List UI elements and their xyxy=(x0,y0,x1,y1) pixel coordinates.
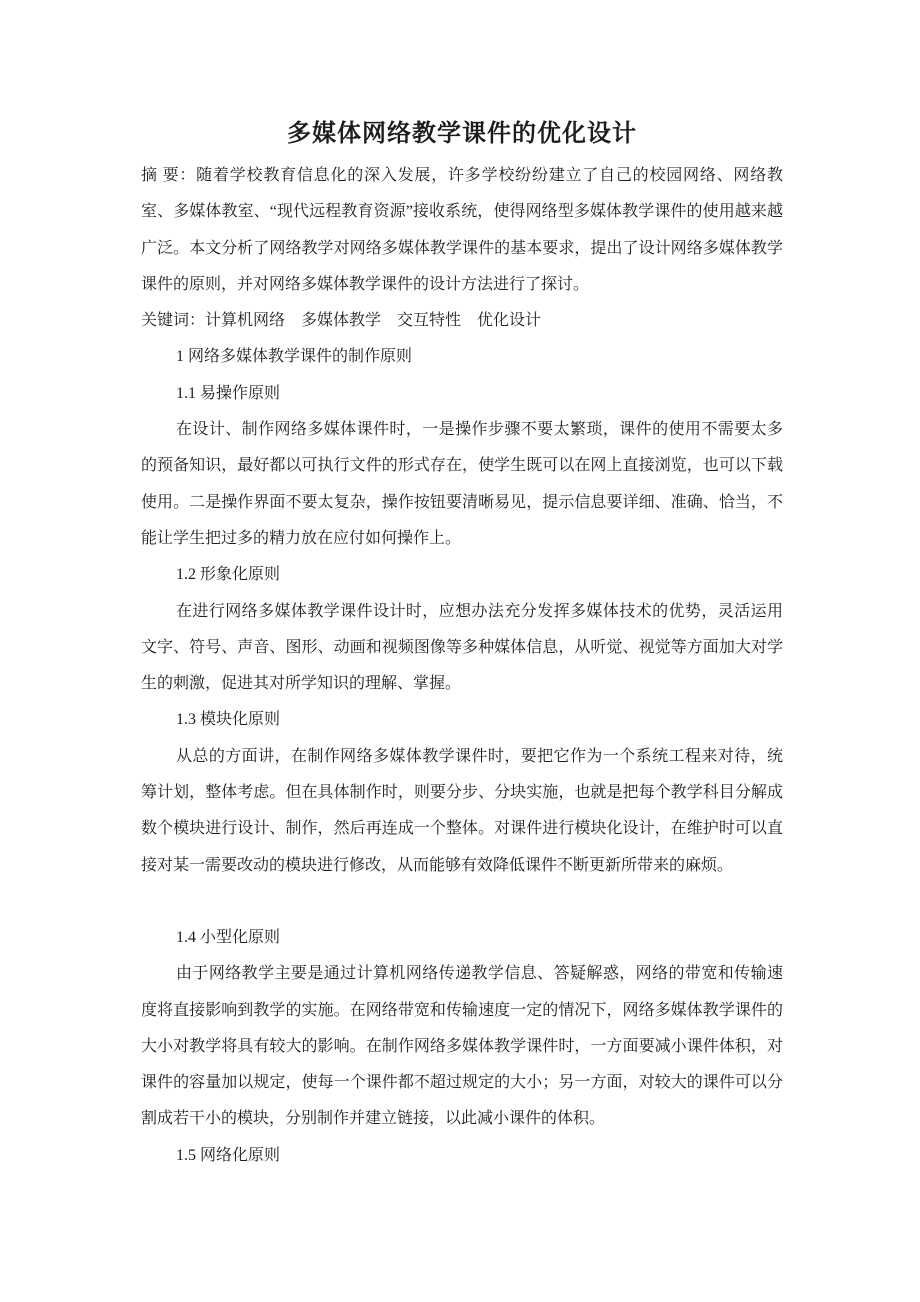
document-page: 多媒体网络教学课件的优化设计 摘 要：随着学校教育信息化的深入发展，许多学校纷纷… xyxy=(0,0,920,1302)
abstract-paragraph: 摘 要：随着学校教育信息化的深入发展，许多学校纷纷建立了自己的校园网络、网络教室… xyxy=(141,158,783,303)
blank-line-spacer xyxy=(141,884,783,920)
section-heading-1-4: 1.4 小型化原则 xyxy=(141,920,783,956)
paragraph-section-1-1: 在设计、制作网络多媒体课件时，一是操作步骤不要太繁琐，课件的使用不需要太多的预备… xyxy=(141,412,783,557)
document-body: 多媒体网络教学课件的优化设计 摘 要：随着学校教育信息化的深入发展，许多学校纷纷… xyxy=(141,116,783,1174)
section-heading-1-5: 1.5 网络化原则 xyxy=(141,1138,783,1174)
paragraph-section-1-4: 由于网络教学主要是通过计算机网络传递教学信息、答疑解惑，网络的带宽和传输速度将直… xyxy=(141,956,783,1137)
paragraph-section-1-2: 在进行网络多媒体教学课件设计时，应想办法充分发挥多媒体技术的优势，灵活运用文字、… xyxy=(141,594,783,703)
document-title: 多媒体网络教学课件的优化设计 xyxy=(141,116,783,153)
section-heading-1-1: 1.1 易操作原则 xyxy=(141,376,783,412)
section-heading-1-2: 1.2 形象化原则 xyxy=(141,557,783,593)
section-heading-1: 1 网络多媒体教学课件的制作原则 xyxy=(141,339,783,375)
paragraph-section-1-3: 从总的方面讲，在制作网络多媒体教学课件时，要把它作为一个系统工程来对待，统筹计划… xyxy=(141,739,783,884)
keywords-line: 关键词：计算机网络 多媒体教学 交互特性 优化设计 xyxy=(141,303,783,339)
section-heading-1-3: 1.3 模块化原则 xyxy=(141,702,783,738)
